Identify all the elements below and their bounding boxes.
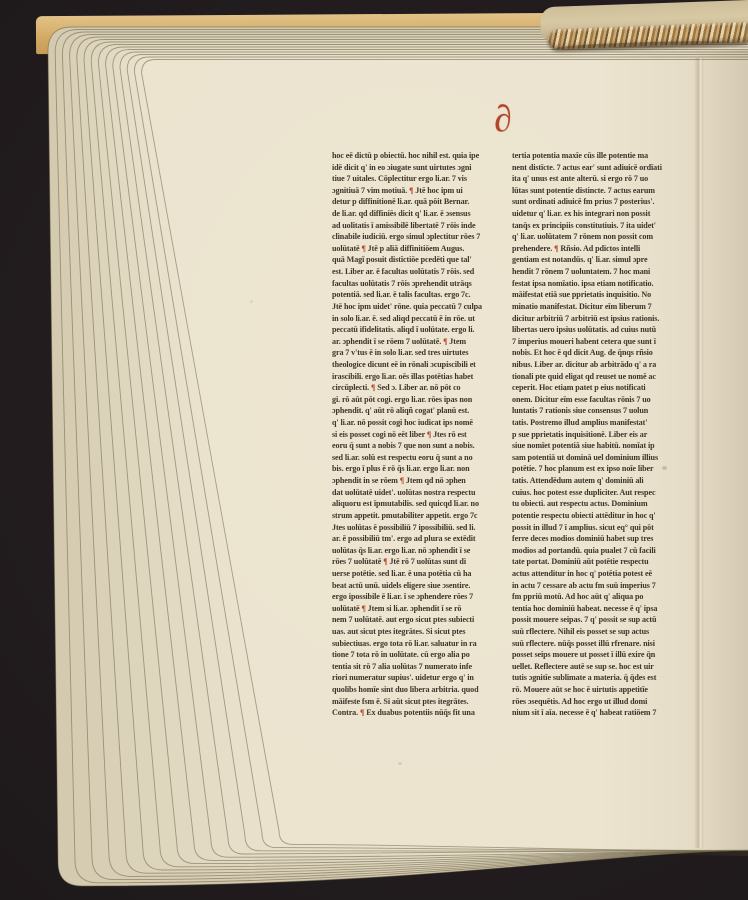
text-line: tanq̄s ex principiis constitutiuis. 7 it… — [512, 220, 684, 232]
text-line: gra 7 v'tus ē in solo li.ar. sed tres ui… — [332, 347, 502, 359]
text-line: q' li.ar. uolūtatem 7 rōnem non possit c… — [512, 231, 684, 243]
text-line: 7 imperius moueri habent cetera que sunt… — [512, 336, 684, 348]
text-line: dicitur arbitriū 7 arbitriū est ipsius r… — [512, 313, 684, 325]
text-line: nent distīcte. 7 actus ear' sunt adiuicē… — [512, 162, 684, 174]
text-line: subiectiuas. ergo tota rō li.ar. saluatu… — [332, 638, 502, 650]
text-line: modios ad portandū. quia pualet 7 cū fac… — [512, 545, 684, 557]
text-line: gi. rō aūt pōt cogi. ergo li.ar. rōes ip… — [332, 394, 502, 406]
text-line: ɔgnitiuā 7 vim motiuā. ¶ Jtē hoc ipm ui — [332, 185, 502, 197]
text-line: tionali pte quid eligat qd reuset ue nom… — [512, 371, 684, 383]
text-line: gentiam est notandūs. q' li.ar. simul ɔp… — [512, 254, 684, 266]
text-line: circūplecti. ¶ Sed ɔ. Liber ar. nō pōt c… — [332, 382, 502, 394]
text-line: māifestat etiā sue pprietatis inquisitio… — [512, 289, 684, 301]
text-line: Contra. ¶ Ex duabus potentiis nūq̄s fit … — [332, 707, 502, 719]
text-line: luntatis 7 rationis siue consensus 7 uol… — [512, 405, 684, 417]
text-line: ceperit. Hoc etiam patet p eius notifica… — [512, 382, 684, 394]
text-line: irascibili. ergo li.ar. oēs illas potēti… — [332, 371, 502, 383]
text-line: sam potentiā ut dominā uel dominium illi… — [512, 452, 684, 464]
text-line: māifeste fsm ē. Si aūt sicut ptes itegrā… — [332, 696, 502, 708]
text-line: q' li.ar. nō possit cogi hoc iudicat ips… — [332, 417, 502, 429]
text-line: tu obiecti. aut respectu actus. Dominium — [512, 498, 684, 510]
text-line: in solo li.ar. ē. sed aliqd peccatū ē in… — [332, 313, 502, 325]
text-line: uellet. Reflectere autē se sup se. hoc e… — [512, 661, 684, 673]
text-line: sunt ordinati adiuicē fm prius 7 posteri… — [512, 196, 684, 208]
text-line: tutis ɔgnitīe sublimate a materia. q̄ q̄… — [512, 672, 684, 684]
text-line: ɔphendit in se rōem ¶ Jtem qd nō ɔphen — [332, 475, 502, 487]
text-line: uolūtatē ¶ Jtem si li.ar. ɔphendit ī se … — [332, 603, 502, 615]
text-column-left: hoc eē dictū p obiectū. hoc nihil est. q… — [332, 150, 502, 719]
text-line: quolibs homīe sint duo libera arbitria. … — [332, 684, 502, 696]
rubric-initial-d: ∂ — [479, 96, 528, 146]
text-line: de li.ar. qd diffiniēs dicit q' li.ar. ē… — [332, 208, 502, 220]
text-line: sed li.ar. solū est respectu eoru q̄ sun… — [332, 452, 502, 464]
text-line: actus attenditur in hoc q' potētia potes… — [512, 568, 684, 580]
text-line: prehendere. ¶ Rñsio. Ad pdictos intelli — [512, 243, 684, 255]
text-line: onem. Dicitur eīm esse facultas rōnis 7 … — [512, 394, 684, 406]
text-column-right: tertia potentia maxīe cūs ille potentie … — [512, 150, 684, 719]
text-line: tentia sit rō 7 alia uolūtas 7 numerato … — [332, 661, 502, 673]
text-line: est. Liber ar. ē facultas uolūtatis 7 rō… — [332, 266, 502, 278]
text-line: uidetur q' li.ar. ex his integrari non p… — [512, 208, 684, 220]
text-line: fm ppriū motū. Ad hoc aūt q' aliqua po — [512, 591, 684, 603]
text-line: clinabile iudiciū. ergo simul ɔplectitur… — [332, 231, 502, 243]
photo-backdrop: ∂ hoc eē dictū p obiectū. hoc nihil est.… — [0, 0, 748, 900]
text-line: nobis. Et hoc ē qd dicit Aug. de q̄nqs r… — [512, 347, 684, 359]
stain-speck — [250, 300, 253, 303]
text-line: uolūtas q̄s li.ar. ergo li.ar. nō ɔphend… — [332, 545, 502, 557]
text-line: idē dicit q' in eo ɔiugate sunt uirtutes… — [332, 162, 502, 174]
text-line: uolūtatē ¶ Jtē p aliā diffinitiōem Augus… — [332, 243, 502, 255]
text-line: strum appetit. pmutabiliter appetit. erg… — [332, 510, 502, 522]
text-line: riori numeratur supius'. uidetur ergo q'… — [332, 672, 502, 684]
text-line: tentia hoc dominiū habeat. necesse ē q' … — [512, 603, 684, 615]
text-line: tiue 7 uitales. Cōplectitur ergo li.ar. … — [332, 173, 502, 185]
text-line: rō. Mouere aūt se hoc ē uirtutis appetit… — [512, 684, 684, 696]
text-line: suū rflectere. nūq̄s posset illū rfrenar… — [512, 638, 684, 650]
text-line: tione 7 tota rō in uolūtate. cū ergo ali… — [332, 649, 502, 661]
text-line: possit in illud 7 ī amplius. sicut eq° q… — [512, 522, 684, 534]
text-line: potentie respectu obiecti attēditur in h… — [512, 510, 684, 522]
text-line: ar. ē possibiliū tm'. ergo ad plura se e… — [332, 533, 502, 545]
text-line: ad uolitatis ī amissibilē libertatē 7 rō… — [332, 220, 502, 232]
text-line: siue nomīet potentiā siue habitū. nomīat… — [512, 440, 684, 452]
text-line: nem 7 uolūtatē. aut ergo sicut ptes subi… — [332, 614, 502, 626]
text-line: eoru q̄ sunt a nobis 7 que non sunt a no… — [332, 440, 502, 452]
text-line: nibus. Liber ar. dicitur ab arbitrādo q'… — [512, 359, 684, 371]
text-line: ɔphendit. q' aūt rō aliqñ cogat' planū e… — [332, 405, 502, 417]
text-line: rōes 7 uolūtatē ¶ Jtē rō 7 uolūtas sunt … — [332, 556, 502, 568]
text-line: tatis. Postremo illud amplius manifestat… — [512, 417, 684, 429]
text-line: Jtes uolūtas ē possibiliū 7 ipossibiliū.… — [332, 522, 502, 534]
text-line: dat uolūtatē uidet'. uolūtas nostra resp… — [332, 487, 502, 499]
text-line: nium sit ī aīa. necesse ē q' habeat rati… — [512, 707, 684, 719]
text-line: ita q' unus est ante alterū. si ergo rō … — [512, 173, 684, 185]
text-line: hendit 7 rōnem 7 uoluntatem. 7 hoc mani — [512, 266, 684, 278]
text-line: potentiā. sed li.ar. ē talis facultas. e… — [332, 289, 502, 301]
text-line: potētie. 7 hoc planum est ex ipso noīe l… — [512, 463, 684, 475]
text-line: festat ipsa nomīatio. ipsa etiam notific… — [512, 278, 684, 290]
text-line: bis. ergo ī plus ē rō q̄s li.ar. ergo li… — [332, 463, 502, 475]
text-line: si eis posset cogi nō eēt liber ¶ Jtes r… — [332, 429, 502, 441]
text-line: ergo ipossibile ē li.ar. ī se ɔphendere … — [332, 591, 502, 603]
text-line: tate portat. Dominiū aūt potētie respect… — [512, 556, 684, 568]
text-line: quā Magī posuit distīctiōe pcedēti que t… — [332, 254, 502, 266]
text-line: ferre deces modios dominiū habet sup tre… — [512, 533, 684, 545]
text-line: minatio manifestat. Dicitur eīm liberum … — [512, 301, 684, 313]
text-line: Jtē hoc ipm uidet' rōne. quia peccatū 7 … — [332, 301, 502, 313]
text-line: beat actū unū. uidels eligere siue ɔsent… — [332, 580, 502, 592]
text-line: cuius. hoc potest esse dupliciter. Aut r… — [512, 487, 684, 499]
text-line: suū rflectere. Nihil eis posset se sup a… — [512, 626, 684, 638]
text-line: facultas uolūtatis 7 rōis ɔprehendit utr… — [332, 278, 502, 290]
text-line: posset seips mouere ut posset ī illū exi… — [512, 649, 684, 661]
text-line: ar. ɔphendit ī se rōem 7 uolūtatē. ¶ Jte… — [332, 336, 502, 348]
text-line: aliquoru est īpmutabilis. sed quicqd li.… — [332, 498, 502, 510]
gutter-crease — [694, 58, 704, 848]
text-line: libertas uero ipsius uolūtatis. ad cuius… — [512, 324, 684, 336]
text-line: theologice dicunt eē in rōnali ɔcupiscib… — [332, 359, 502, 371]
text-line: lūtas sunt potentie distincte. 7 actus e… — [512, 185, 684, 197]
text-line: tertia potentia maxīe cūs ille potentie … — [512, 150, 684, 162]
text-line: in actu 7 cessare ab actu fm suū imperiu… — [512, 580, 684, 592]
text-line: uerse potētie. sed li.ar. ē una potētia … — [332, 568, 502, 580]
text-line: detur p diffinitionē li.ar. quā pōit Ber… — [332, 196, 502, 208]
text-line: hoc eē dictū p obiectū. hoc nihil est. q… — [332, 150, 502, 162]
text-line: peccatū ifidelitatis. aliqd ī uolūtate. … — [332, 324, 502, 336]
text-line: possit mouere seipas. 7 q' possit se sup… — [512, 614, 684, 626]
text-line: tatis. Attendēdum autem q' dominiū ali — [512, 475, 684, 487]
text-line: rōes ɔsequētis. Ad hoc ergo ut illud dom… — [512, 696, 684, 708]
text-line: p sue pprietatis inquisitionē. Liber eis… — [512, 429, 684, 441]
stain-speck — [398, 762, 402, 765]
text-line: uas. aut sicut ptes itegrātes. Si sicut … — [332, 626, 502, 638]
